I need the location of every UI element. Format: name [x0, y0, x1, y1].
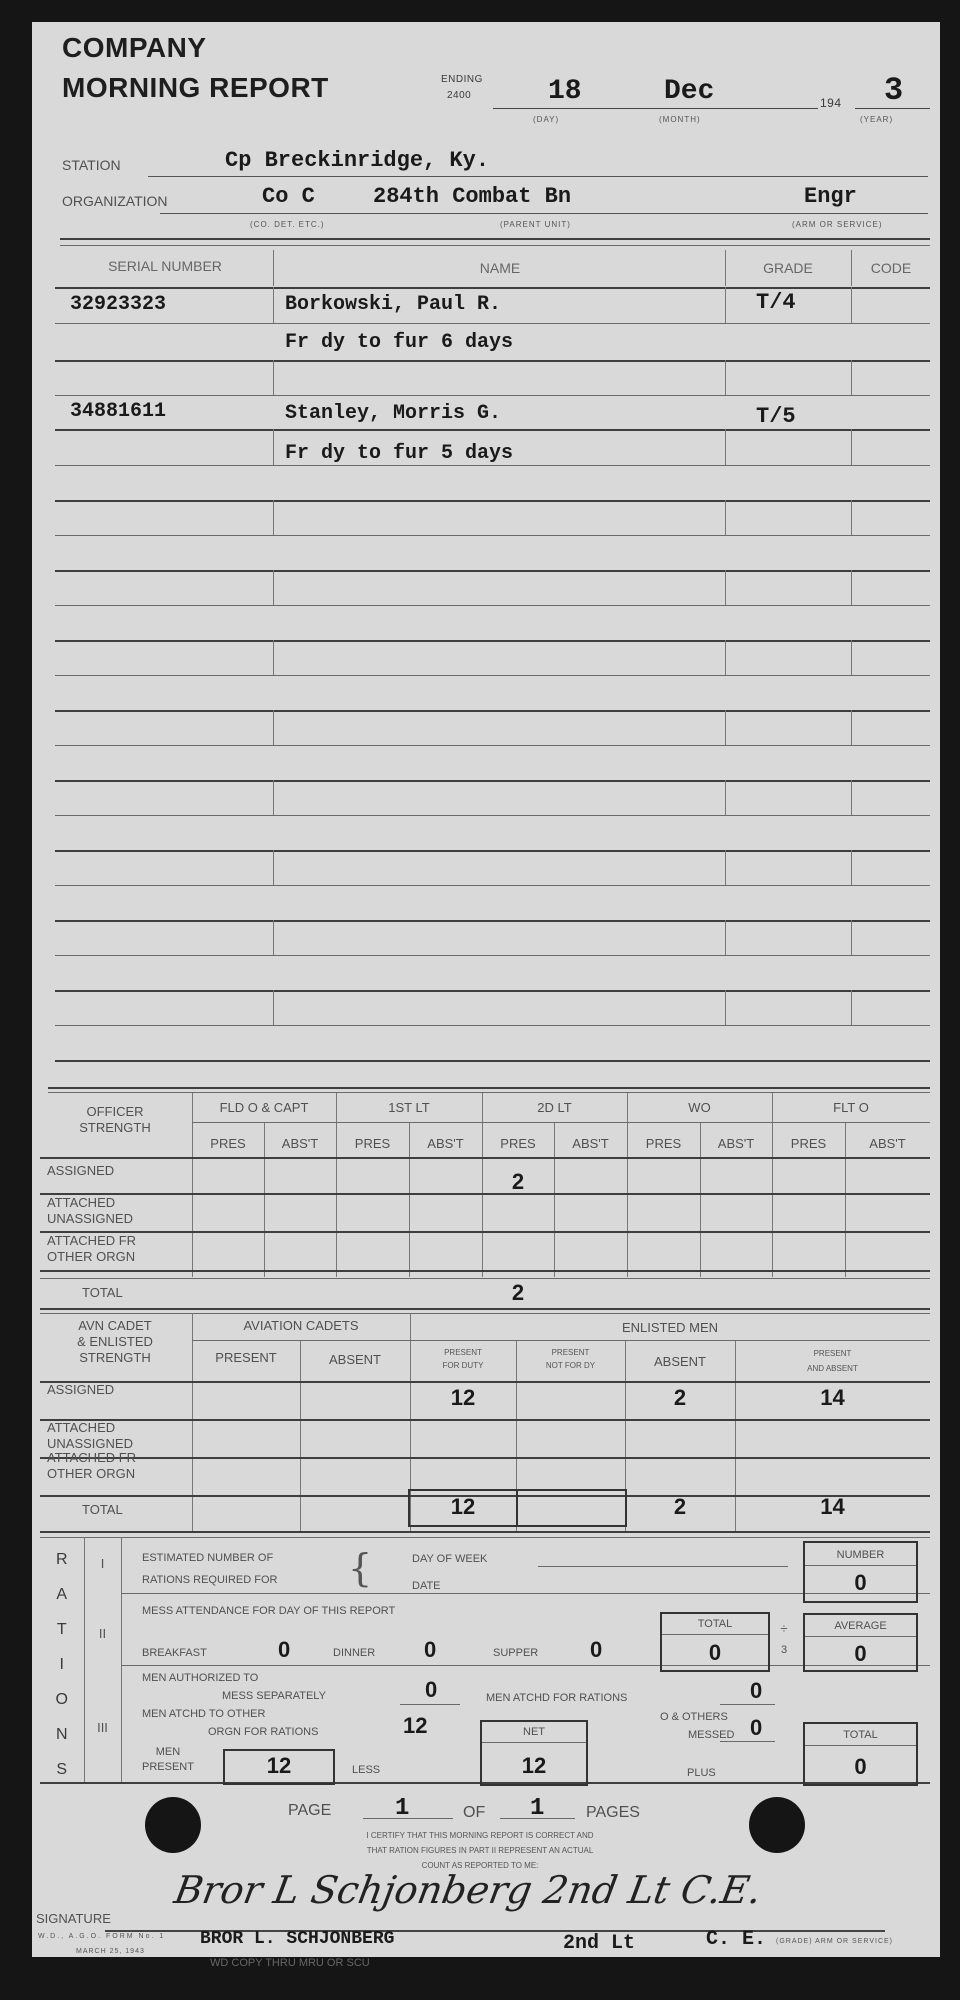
- divide-icon: ÷: [772, 1621, 796, 1636]
- group-2d-lt: 2D LT: [482, 1100, 627, 1115]
- mess-total-label: TOTAL: [662, 1618, 768, 1630]
- row-assigned: ASSIGNED: [47, 1382, 114, 1397]
- subcol-pres: PRES: [192, 1136, 264, 1151]
- rations-required-number: 0: [805, 1570, 916, 1596]
- total-present-and-absent: 14: [735, 1494, 930, 1520]
- men-atchd-other-orgn-value: 12: [403, 1713, 427, 1739]
- month-caption: (MONTH): [659, 115, 701, 124]
- year-prefix: 194: [820, 96, 842, 110]
- men-atchd-for-rations-label: MEN ATCHD FOR RATIONS: [486, 1692, 627, 1704]
- row-total: TOTAL: [82, 1502, 123, 1517]
- typed-arm-service: C. E.: [706, 1928, 766, 1951]
- group-fld-o-capt: FLD O & CAPT: [192, 1100, 336, 1115]
- men-authorized-value: 0: [425, 1677, 437, 1703]
- ending-label: ENDING: [441, 74, 483, 85]
- part-i-text-2: RATIONS REQUIRED FOR: [142, 1574, 277, 1586]
- form-id: W.D., A.G.O. FORM No. 1: [38, 1933, 165, 1940]
- subcol-pres: PRES: [336, 1136, 409, 1151]
- subcol-abst: ABS'T: [409, 1136, 482, 1151]
- divide-by: 3: [772, 1644, 796, 1656]
- row-total: TOTAL: [82, 1285, 123, 1300]
- supper-count: 0: [590, 1637, 602, 1663]
- status-remark: Fr dy to fur 6 days: [285, 331, 513, 354]
- organization-parent-unit: 284th Combat Bn: [373, 184, 571, 209]
- report-day: 18: [548, 76, 582, 107]
- col-serial-number: SERIAL NUMBER: [60, 258, 270, 274]
- parent-unit-caption: (PARENT UNIT): [500, 220, 571, 229]
- part-i-text-1: ESTIMATED NUMBER OF: [142, 1552, 273, 1564]
- ending-time-label: 2400: [447, 90, 471, 101]
- col-cadets-absent: ABSENT: [300, 1352, 410, 1367]
- group-wo: WO: [627, 1100, 772, 1115]
- binder-hole-left: [145, 1797, 201, 1853]
- certification-text: I CERTIFY THAT THIS MORNING REPORT IS CO…: [250, 1828, 710, 1873]
- col-present-and-absent: PRESENTAND ABSENT: [735, 1346, 930, 1376]
- col-present-for-duty: PRESENTFOR DUTY: [410, 1346, 516, 1372]
- copy-note: WD COPY THRU MRU OR SCU: [210, 1957, 370, 1969]
- of-label: OF: [463, 1804, 485, 1822]
- subcol-pres: PRES: [772, 1136, 845, 1151]
- rations-total-label: TOTAL: [805, 1729, 916, 1741]
- row-attached-fr-other-orgn: ATTACHED FROTHER ORGN: [47, 1450, 136, 1482]
- organization-arm: Engr: [804, 184, 857, 209]
- men-atchd-other-orgn-label-2: ORGN FOR RATIONS: [208, 1726, 318, 1738]
- station-value: Cp Breckinridge, Ky.: [225, 148, 489, 173]
- report-month: Dec: [664, 76, 714, 107]
- col-present-not-for-duty: PRESENTNOT FOR DY: [516, 1346, 625, 1372]
- net-value: 12: [482, 1753, 586, 1779]
- part-i-numeral: I: [84, 1556, 121, 1571]
- net-label: NET: [482, 1726, 586, 1738]
- men-present-value: 12: [225, 1753, 333, 1779]
- col-grade: GRADE: [726, 260, 850, 276]
- part-ii-numeral: II: [84, 1626, 121, 1641]
- total-absent: 2: [625, 1494, 735, 1520]
- col-code: CODE: [852, 260, 930, 276]
- soldier-name: Borkowski, Paul R.: [285, 293, 501, 316]
- assigned-absent: 2: [625, 1385, 735, 1411]
- soldier-name: Stanley, Morris G.: [285, 402, 501, 425]
- average-label: AVERAGE: [805, 1620, 916, 1632]
- page-label: PAGE: [288, 1802, 331, 1820]
- part-iii-numeral: III: [84, 1720, 121, 1735]
- rations-total-value: 0: [805, 1754, 916, 1780]
- enlisted-strength-title: AVN CADET & ENLISTED STRENGTH: [40, 1318, 190, 1366]
- total-present-for-duty: 12: [410, 1494, 516, 1520]
- grade-arm-caption: (GRADE) ARM OR SERVICE): [776, 1938, 893, 1945]
- soldier-grade: T/5: [756, 404, 796, 429]
- 2d-lt-assigned-pres: 2: [482, 1169, 554, 1195]
- officer-strength-title: OFFICER STRENGTH: [40, 1104, 190, 1136]
- men-atchd-for-rations-value: 0: [750, 1678, 762, 1704]
- typed-grade: 2nd Lt: [563, 1932, 635, 1955]
- number-label: NUMBER: [805, 1549, 916, 1561]
- row-attached-unassigned: ATTACHEDUNASSIGNED: [47, 1420, 133, 1452]
- date-label: DATE: [412, 1580, 441, 1592]
- serial-number: 34881611: [70, 400, 166, 423]
- men-present-label: MENPRESENT: [118, 1745, 218, 1775]
- mess-attendance-heading: MESS ATTENDANCE FOR DAY OF THIS REPORT: [142, 1605, 395, 1617]
- serial-number: 32923323: [70, 293, 166, 316]
- page-total: 1: [530, 1795, 544, 1822]
- o-others-label-1: O & OTHERS: [660, 1711, 728, 1723]
- dinner-count: 0: [424, 1637, 436, 1663]
- row-attached-unassigned: ATTACHEDUNASSIGNED: [47, 1195, 133, 1227]
- men-authorized-label-2: MESS SEPARATELY: [222, 1690, 326, 1702]
- subcol-pres: PRES: [627, 1136, 700, 1151]
- pages-label: PAGES: [586, 1804, 640, 1822]
- mess-total-value: 0: [662, 1640, 768, 1666]
- organization-company: Co C: [262, 184, 315, 209]
- breakfast-count: 0: [278, 1637, 290, 1663]
- typed-name: BROR L. SCHJONBERG: [200, 1929, 394, 1949]
- total-pnfd-box: [516, 1489, 627, 1527]
- subcol-abst: ABS'T: [700, 1136, 772, 1151]
- row-assigned: ASSIGNED: [47, 1163, 114, 1178]
- subcol-abst: ABS'T: [554, 1136, 627, 1151]
- row-attached-fr-other-orgn: ATTACHED FROTHER ORGN: [47, 1233, 136, 1265]
- group-enlisted-men: ENLISTED MEN: [410, 1320, 930, 1335]
- form-title-company: COMPANY: [62, 32, 207, 64]
- handwritten-signature: Bror L Schjonberg 2nd Lt C.E.: [171, 1868, 765, 1912]
- group-1st-lt: 1ST LT: [336, 1100, 482, 1115]
- less-label: LESS: [352, 1764, 380, 1776]
- plus-label: PLUS: [687, 1767, 716, 1779]
- form-date: MARCH 25, 1943: [76, 1948, 145, 1955]
- status-remark: Fr dy to fur 5 days: [285, 442, 513, 465]
- subcol-abst: ABS'T: [264, 1136, 336, 1151]
- rations-side-label: RATIONS: [40, 1542, 84, 1787]
- o-others-messed-value: 0: [750, 1715, 762, 1741]
- men-atchd-other-orgn-label-1: MEN ATCHD TO OTHER: [142, 1708, 265, 1720]
- binder-hole-right: [749, 1797, 805, 1853]
- soldier-grade: T/4: [756, 290, 796, 315]
- year-caption: (YEAR): [860, 115, 893, 124]
- assigned-present-for-duty: 12: [410, 1385, 516, 1411]
- subcol-pres: PRES: [482, 1136, 554, 1151]
- report-year-digit: 3: [884, 72, 903, 109]
- assigned-present-and-absent: 14: [735, 1385, 930, 1411]
- group-aviation-cadets: AVIATION CADETS: [192, 1318, 410, 1333]
- col-cadets-present: PRESENT: [192, 1350, 300, 1365]
- col-em-absent: ABSENT: [625, 1354, 735, 1369]
- subcol-abst: ABS'T: [845, 1136, 930, 1151]
- men-authorized-label-1: MEN AUTHORIZED TO: [142, 1672, 258, 1684]
- arm-caption: (ARM OR SERVICE): [792, 220, 883, 229]
- company-caption: (CO. DET. ETC.): [250, 220, 325, 229]
- page-number: 1: [395, 1795, 409, 1822]
- o-others-label-2: MESSED: [688, 1729, 734, 1741]
- group-flt-o: FLT O: [772, 1100, 930, 1115]
- organization-label: ORGANIZATION: [62, 193, 168, 209]
- brace-icon: {: [348, 1548, 372, 1588]
- dinner-label: DINNER: [333, 1647, 375, 1659]
- col-name: NAME: [275, 260, 725, 276]
- average-value: 0: [805, 1641, 916, 1667]
- 2d-lt-total-pres: 2: [482, 1280, 554, 1306]
- station-label: STATION: [62, 157, 121, 173]
- form-title-morning-report: MORNING REPORT: [62, 72, 329, 104]
- breakfast-label: BREAKFAST: [142, 1647, 207, 1659]
- supper-label: SUPPER: [493, 1647, 538, 1659]
- day-caption: (DAY): [533, 115, 559, 124]
- day-of-week-label: DAY OF WEEK: [412, 1553, 487, 1565]
- signature-label: SIGNATURE: [36, 1911, 111, 1926]
